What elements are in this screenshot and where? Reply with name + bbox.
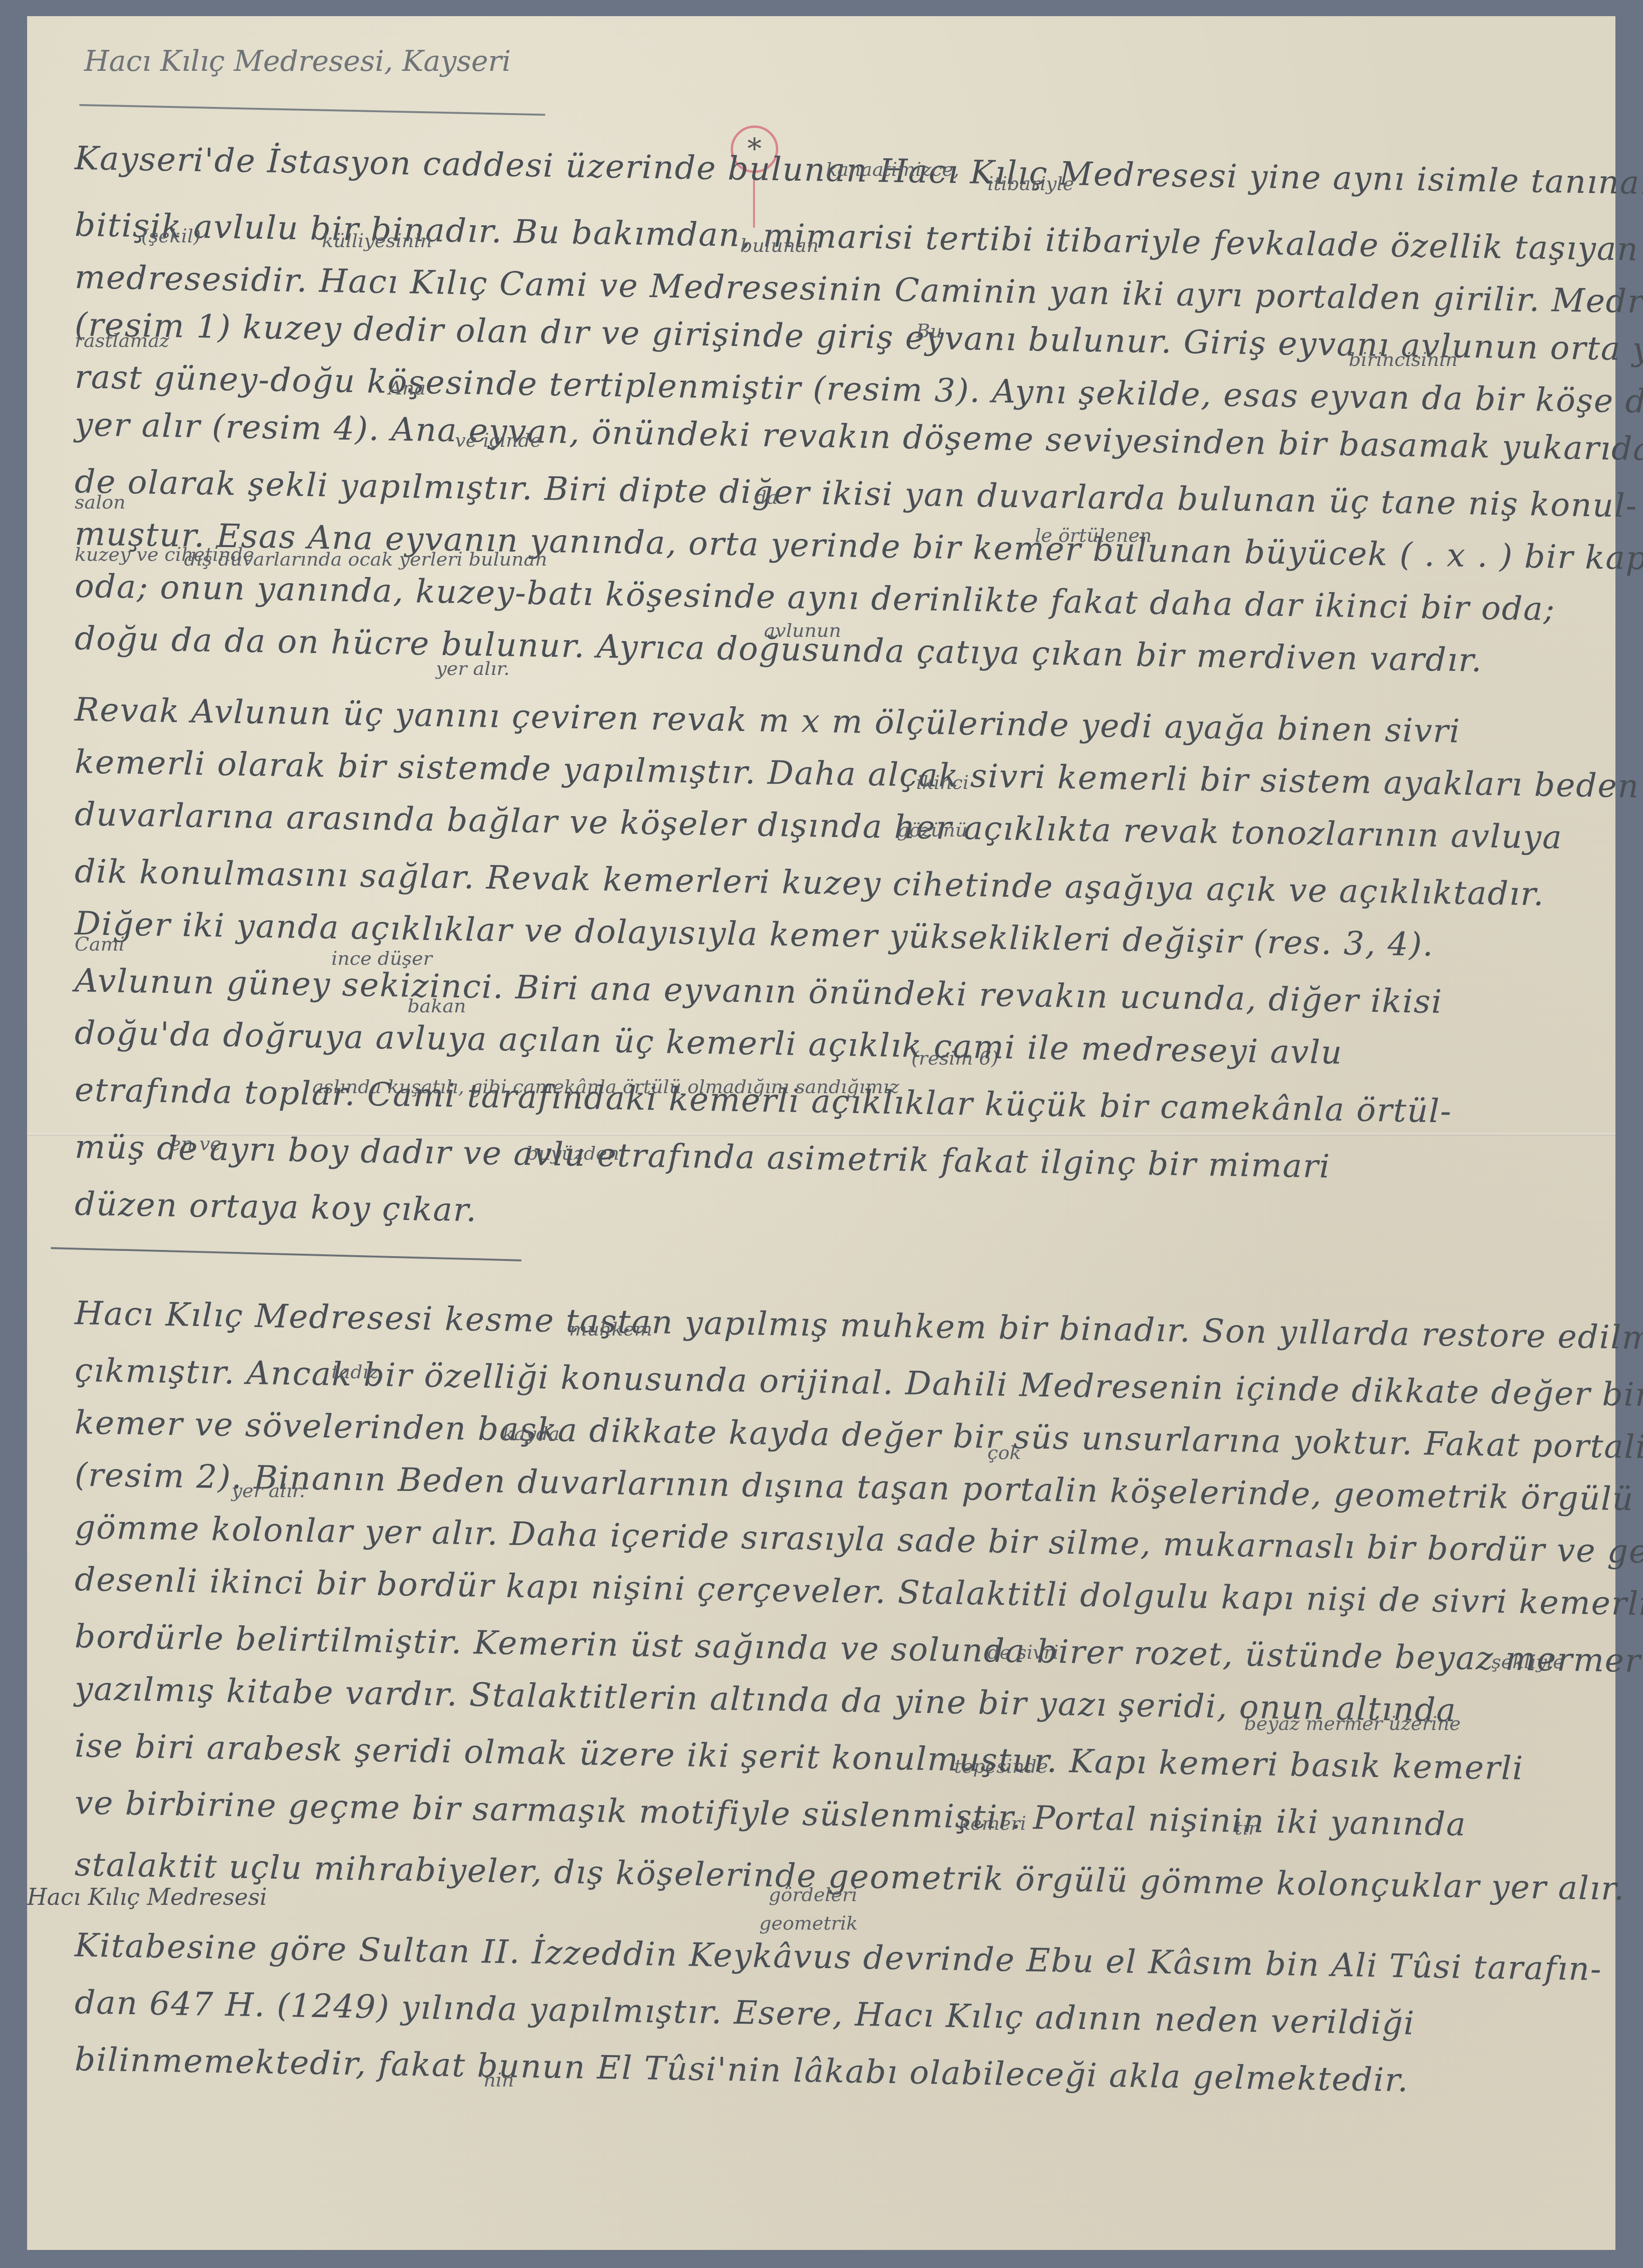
insertion: yer alır. [436, 658, 510, 680]
insertion: tadız [331, 1361, 378, 1383]
text-line: ve birbirine geçme bir sarmaşık motifiyl… [74, 1784, 1596, 1845]
text-line: duvarlarına arasında bağlar ve köşeler d… [74, 796, 1596, 857]
text-line: kemer ve sövelerinden başka dikkate kayd… [74, 1404, 1596, 1465]
insertion: itibariyle [987, 173, 1074, 195]
insertion: dış duvarlarında ocak yerleri bulunan [184, 548, 547, 570]
insertion: çok [987, 1442, 1021, 1464]
insertion: ikinci [916, 772, 969, 794]
insertion: muhkem [569, 1318, 652, 1340]
insertion: da [754, 487, 778, 509]
insertion: ve içinde [455, 430, 541, 452]
insertion: geometrik [759, 1912, 858, 1934]
insertion: rastlamaz [75, 330, 169, 352]
insertion: birincisinin [1349, 349, 1458, 371]
insertion: bulunan [740, 235, 819, 257]
title-underline [79, 104, 545, 116]
insertion: gördeleri [769, 1884, 857, 1906]
insertion: kanaatimizce, [826, 159, 959, 181]
manuscript-page: Hacı Kılıç Medresesi, Kayseri * Kayseri'… [27, 16, 1615, 2250]
section-divider [51, 1247, 522, 1261]
text-line: yazılmış kitabe vardır. Stalaktitlerin a… [74, 1670, 1596, 1731]
text-line: desenli ikinci bir bordür kapı nişini çe… [74, 1561, 1596, 1622]
text-line: Diğer iki yanda açıklıklar ve dolayısıyl… [74, 905, 1596, 966]
text-line: dan 647 H. (1249) yılında yapılmıştır. E… [74, 1984, 1596, 2045]
text-line: ise biri arabesk şeridi olmak üzere iki … [74, 1727, 1596, 1788]
page-title: Hacı Kılıç Medresesi, Kayseri [84, 45, 511, 78]
insertion: Bu [916, 320, 942, 342]
text-line: bilinmemektedir, fakat bunun El Tûsi'nin… [74, 2041, 1596, 2102]
insertion: salon [75, 491, 126, 513]
text-line: kemerli olarak bir sistemde yapılmıştır.… [74, 743, 1596, 805]
text-line: gömme kolonlar yer alır. Daha içeride sı… [74, 1509, 1596, 1570]
insertion: nin [483, 2069, 514, 2091]
insertion: (şekil) [141, 225, 201, 247]
insertion: Cami [75, 933, 125, 955]
insertion: gözünü [897, 819, 967, 841]
insertion: Ana [388, 377, 426, 399]
text-line: Kitabesine göre Sultan II. İzzeddin Keyk… [74, 1927, 1596, 1988]
text-line: müş de ayrı boy dadır ve avlu etrafında … [74, 1128, 1596, 1190]
insertion: bakan [407, 995, 466, 1017]
text-line: Avlunun güney sekizinci. Biri ana eyvanı… [74, 962, 1596, 1023]
text-line: Hacı Kılıç Medresesi kesme taştan yapılm… [74, 1295, 1596, 1356]
text-line: düzen ortaya koy çıkar. [74, 1185, 1596, 1247]
text-line: Revak Avlunun üç yanını çeviren revak m … [74, 691, 1596, 752]
text-line: de olarak şekli yapılmıştır. Biri dipte … [74, 463, 1596, 524]
insertion: kayda [503, 1423, 560, 1445]
margin-label: Hacı Kılıç Medresesi [27, 1884, 267, 1911]
text-line: dik konulmasını sağlar. Revak kemerleri … [74, 853, 1596, 914]
text-line: bitişik avlulu bir binadır. Bu bakımdan,… [74, 206, 1596, 268]
text-line: doğu'da doğruya avluya açılan üç kemerli… [74, 1014, 1596, 1076]
text-line: bordürle belirtilmiştir. Kemerin üst sağ… [74, 1618, 1596, 1679]
text-line: çıkmıştır. Ancak bir özelliği konusunda … [74, 1352, 1596, 1413]
insertion: yer alır. [232, 1480, 305, 1502]
insertion: külliyesinin [322, 230, 432, 252]
